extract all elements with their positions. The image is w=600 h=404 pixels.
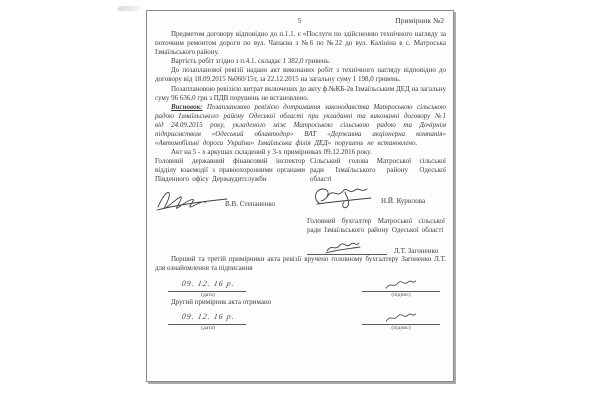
- accountant-signature-line: [307, 241, 387, 255]
- accountant-signature-icon: [325, 241, 361, 254]
- paragraph-audit-act: До позапланової ревізії надано акт викон…: [155, 66, 446, 84]
- handwritten-date-2: 09. 12. 16 р.: [168, 312, 248, 325]
- signature-caption-2: (підпис): [362, 325, 440, 331]
- scanned-document-viewport: { "page": { "page_number": "5", "copy_la…: [0, 0, 600, 404]
- accountant-name: Л.Т. Загоненко: [394, 247, 438, 255]
- village-head-signature-icon: [311, 185, 375, 209]
- inspector-signature-icon: [155, 187, 229, 213]
- page-number: 5: [298, 16, 302, 25]
- handwritten-signature-1: [362, 279, 440, 292]
- signature-squiggle-icon: [383, 279, 419, 291]
- date-field-2: 09. 12. 16 р. (дата): [169, 312, 247, 331]
- page-header: 5 Примірник №2: [155, 16, 446, 26]
- signatory-titles: Головний державний фінансовий інспектор …: [155, 157, 446, 184]
- second-copy-line: Другий примірник акта отримано: [155, 298, 446, 307]
- accountant-signature-row: Л.Т. Загоненко: [307, 240, 446, 255]
- paragraph-subject: Предметом договору відповідно до п.1.1. …: [155, 30, 446, 57]
- date-signature-row-1: 09. 12. 16 р. (дата) (підпис): [169, 279, 440, 298]
- conclusion-label: Висновок:: [171, 103, 202, 111]
- date-caption-2: (дата): [169, 325, 247, 331]
- signature-field-2: (підпис): [362, 312, 440, 331]
- inspector-title: Головний державний фінансовий інспектор …: [155, 157, 305, 184]
- accountant-title: Головний бухгалтер Матроської сільської …: [307, 217, 445, 235]
- date-caption-1: (дата): [169, 292, 247, 298]
- inspector-name: В.В. Степаненко: [225, 200, 275, 208]
- paragraph-expenses: Позаплановою ревізією витрат включених д…: [155, 85, 446, 103]
- village-head-title: Сільський голова Матроської сільської ра…: [310, 157, 446, 184]
- conclusion-paragraph: Висновок: Позаплановою ревізією дотриман…: [155, 103, 446, 148]
- date-field-1: 09. 12. 16 р. (дата): [169, 279, 247, 298]
- handwritten-date-1: 09. 12. 16 р.: [168, 279, 248, 292]
- handover-paragraph: Перший та третій примірники акта ревізії…: [155, 255, 446, 273]
- document-page: 5 Примірник №2 Предметом договору відпов…: [146, 10, 454, 382]
- act-copies-line: Акт на 5 - х аркушах складений у 3-х при…: [155, 148, 446, 157]
- paragraph-cost: Вартість робіт згідно з п.4.1. складає 1…: [155, 57, 446, 66]
- signature-squiggle-icon: [383, 312, 419, 324]
- village-head-name: Н.Й. Курилова: [381, 197, 425, 205]
- copy-number-label: Примірник №2: [395, 16, 444, 25]
- signature-caption-1: (підпис): [362, 292, 440, 298]
- handwritten-signature-2: [362, 312, 440, 325]
- date-signature-row-2: 09. 12. 16 р. (дата) (підпис): [169, 312, 440, 331]
- scan-artifact: [117, 6, 142, 11]
- signature-row: В.В. Степаненко Н.Й. Курилова: [155, 184, 446, 217]
- signature-field-1: (підпис): [362, 279, 440, 298]
